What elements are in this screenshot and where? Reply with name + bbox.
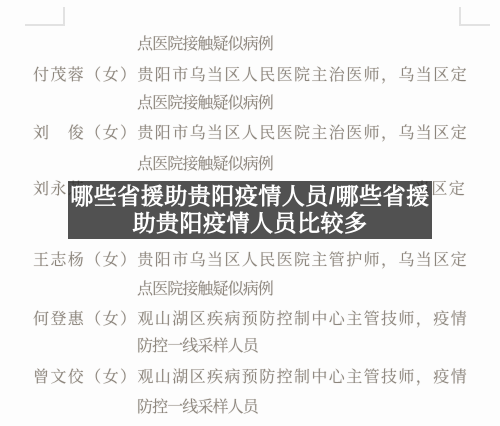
page-corner-mark-top-left xyxy=(25,7,65,26)
document-page: 点医院接触疑似病例 付茂蓉（女）贵阳市乌当区人民医院主治医师，乌当区定 点医院接… xyxy=(0,0,500,426)
doc-line: 防控一线采样人员 xyxy=(137,394,258,417)
overlay-title-banner[interactable]: 哪些省援助贵阳疫情人员/哪些省援 助贵阳疫情人员比较多 xyxy=(68,181,432,239)
doc-line: 何登惠（女）观山湖区疾病预防控制中心主管技师，疫情 xyxy=(33,306,468,329)
overlay-title-line-2: 助贵阳疫情人员比较多 xyxy=(133,210,368,237)
overlay-title-line-1: 哪些省援助贵阳疫情人员/哪些省援 xyxy=(70,183,429,210)
doc-line: 点医院接触疑似病例 xyxy=(137,31,273,54)
doc-line: 点医院接触疑似病例 xyxy=(137,276,273,299)
page-corner-mark-top-right xyxy=(459,7,490,26)
doc-line: 点医院接触疑似病例 xyxy=(137,151,273,174)
doc-line: 王志杨（女）贵阳市乌当区人民医院主管护师，乌当区定 xyxy=(33,247,468,270)
doc-line: 付茂蓉（女）贵阳市乌当区人民医院主治医师，乌当区定 xyxy=(33,62,468,85)
doc-line: 刘 俊（女）贵阳市乌当区人民医院主治医师，乌当区定 xyxy=(33,120,468,143)
doc-line: 曾文佼（女）观山湖区疾病预防控制中心主管技师，疫情 xyxy=(33,364,468,387)
doc-line: 点医院接触疑似病例 xyxy=(137,90,273,113)
doc-line: 防控一线采样人员 xyxy=(137,333,258,356)
